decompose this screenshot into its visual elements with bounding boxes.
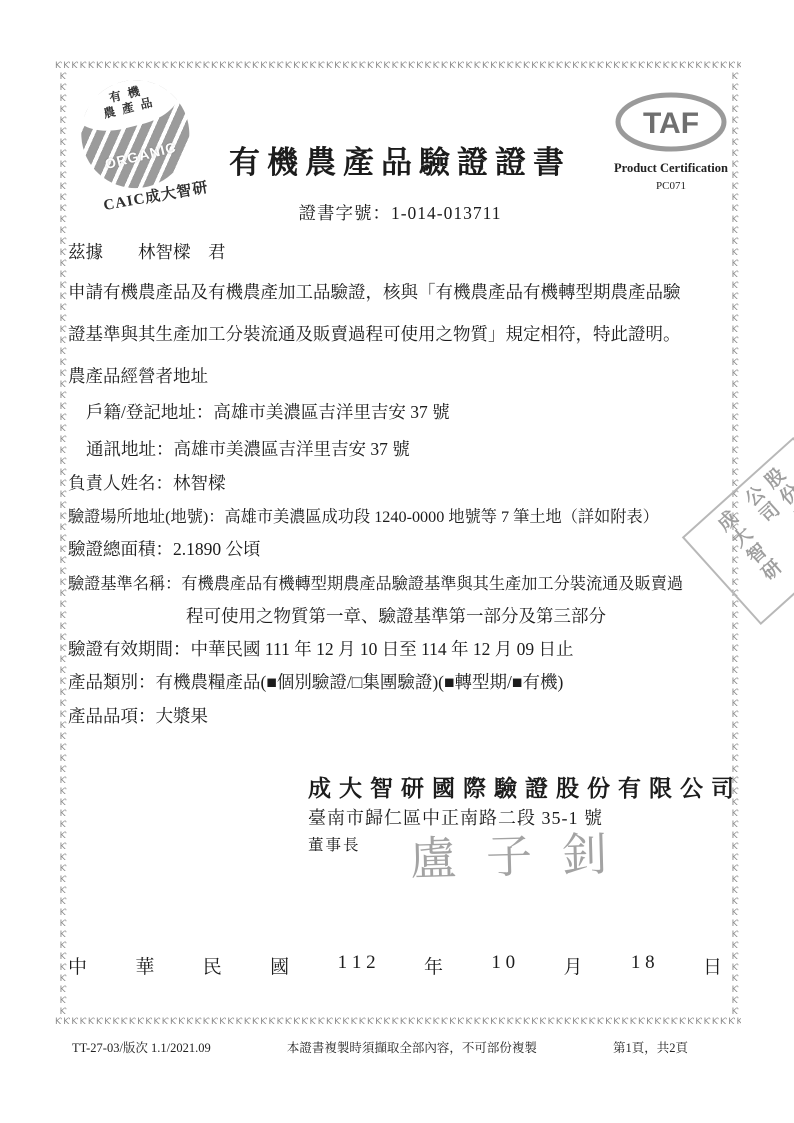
footer-copy-notice: 本證書複製時須擷取全部內容，不可部份複製 <box>287 1038 537 1056</box>
svg-text:TAF: TAF <box>643 107 699 140</box>
organic-label: ORGANIC <box>86 135 195 177</box>
date-segment: 國 <box>270 952 289 979</box>
date-segment: 日 <box>703 952 722 979</box>
border-ornament-bottom: ƘƘƘƘƘƘƘƘƘƘƘƘƘƘƘƘƘƘƘƘƘƘƘƘƘƘƘƘƘƘƘƘƘƘƘƘƘƘƘƘ… <box>55 1016 741 1030</box>
certificate-page: ƘƘƘƘƘƘƘƘƘƘƘƘƘƘƘƘƘƘƘƘƘƘƘƘƘƘƘƘƘƘƘƘƘƘƘƘƘƘƘƘ… <box>0 0 794 1123</box>
field-responsible-person: 負責人姓名：林智樑 <box>68 470 724 495</box>
field-site-address: 驗證場所地址(地號)：高雄市美濃區成功段 1240-0000 地號等 7 筆土地… <box>68 503 724 527</box>
footer-pagination: 第1頁，共2頁 <box>613 1038 688 1056</box>
field-mailing-address: 通訊地址：高雄市美濃區吉洋里吉安 37 號 <box>68 436 724 461</box>
taf-code: PC071 <box>612 180 730 192</box>
date-segment: 1 8 <box>631 952 655 979</box>
issuer-role-label: 董事長 <box>308 833 361 855</box>
date-segment: 民 <box>203 952 222 979</box>
footer-doc-code: TT-27-03/版次 1.1/2021.09 <box>72 1038 211 1056</box>
certificate-title: 有機農產品驗證證書 <box>200 137 600 182</box>
field-validity-period: 驗證有效期間：中華民國 111 年 12 月 10 日至 114 年 12 月 … <box>68 636 724 661</box>
field-registered-address: 戶籍/登記地址：高雄市美濃區吉洋里吉安 37 號 <box>68 399 724 424</box>
date-segment: 華 <box>135 952 154 979</box>
date-segment: 中 <box>68 952 87 979</box>
statement-line2: 證基準與其生產加工分裝流通及販賣過程可使用之物質」規定相符，特此證明。 <box>68 321 724 346</box>
field-standard-name-line2: 程可使用之物質第一章、驗證基準第一部分及第三部分 <box>68 603 724 628</box>
footer: TT-27-03/版次 1.1/2021.09 本證書複製時須擷取全部內容，不可… <box>72 1038 688 1056</box>
certificate-number: 證書字號：1-014-013711 <box>200 200 600 225</box>
date-segment: 1 1 2 <box>338 952 376 979</box>
issuer-company-name: 成大智研國際驗證股份有限公司 <box>308 770 742 803</box>
field-total-area: 驗證總面積：2.1890 公頃 <box>68 536 724 561</box>
field-operator-address-header: 農產品經營者地址 <box>68 363 724 388</box>
statement-line1: 申請有機農產品及有機農產加工品驗證，核與「有機農產品有機轉型期農產品驗 <box>68 279 724 304</box>
date-segment: 年 <box>424 952 443 979</box>
caic-organic-seal: 有 機 農 產 品 ✦ ✦ ORGANIC CAIC成大智研 <box>58 66 216 224</box>
date-line: 中華民國1 1 2年1 0月1 8日 <box>68 952 722 979</box>
taf-logo: TAF Product Certification PC071 <box>612 92 730 192</box>
taf-caption: Product Certification <box>612 161 730 176</box>
date-segment: 1 0 <box>491 952 515 979</box>
chairman-signature: 盧子釗 <box>409 817 639 889</box>
border-ornament-left: ƘƘƘƘƘƘƘƘƘƘƘƘƘƘƘƘƘƘƘƘƘƘƘƘƘƘƘƘƘƘƘƘƘƘƘƘƘƘƘƘ… <box>55 72 69 1016</box>
field-product-items: 產品品項：大漿果 <box>68 703 724 728</box>
date-segment: 月 <box>563 952 582 979</box>
taf-ellipse-icon: TAF <box>615 92 727 154</box>
recipient-line: 茲據 林智樑 君 <box>68 239 724 264</box>
field-product-category: 產品類別：有機農糧產品(■個別驗證/□集團驗證)(■轉型期/■有機) <box>68 669 724 694</box>
field-standard-name-line1: 驗證基準名稱：有機農產品有機轉型期農產品驗證基準與其生產加工分裝流通及販賣過 <box>68 570 724 594</box>
